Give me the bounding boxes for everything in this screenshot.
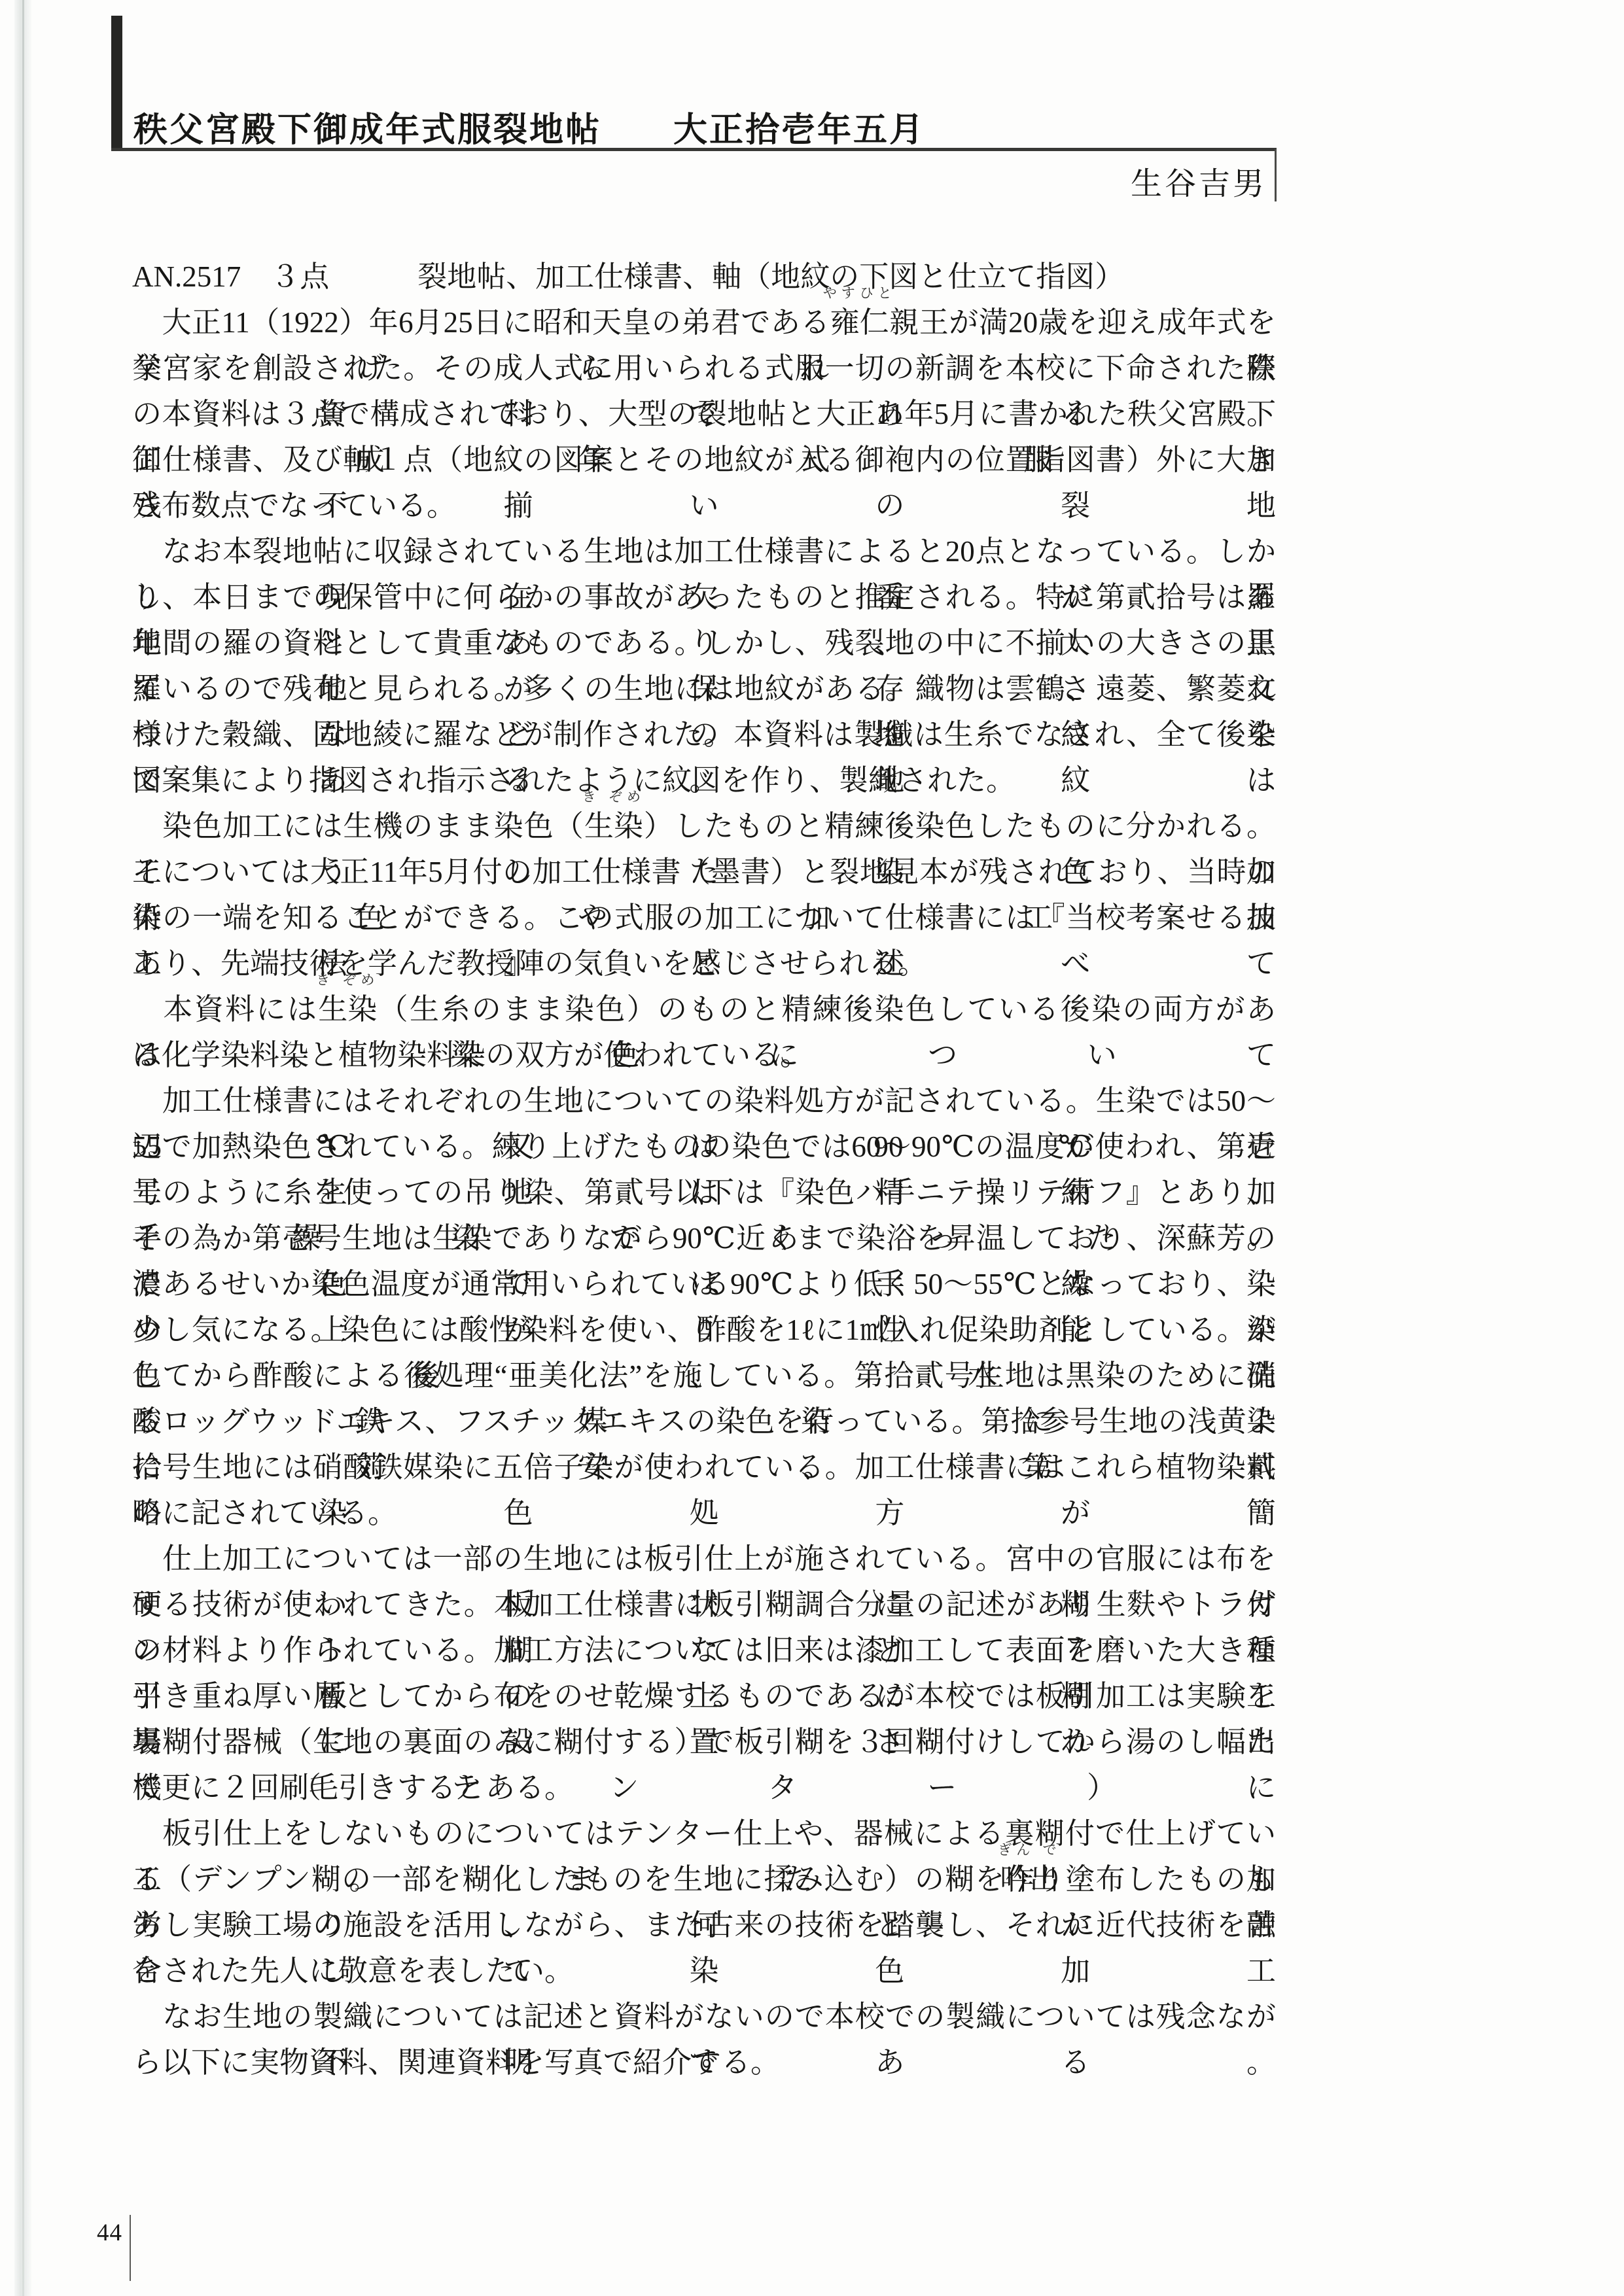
author-name: 生谷吉男 bbox=[1131, 158, 1267, 203]
ruby-base: 生染き ぞめ bbox=[318, 986, 377, 1032]
ruby-text: ぎん で bbox=[998, 1843, 1061, 1857]
text-line: つけた穀織、固地綾に羅などが制作された。本資料は製織は生糸でなされ、全て後染であ… bbox=[132, 712, 1276, 757]
text-line: してから酢酸による後処理“亜美化法”を施している。第拾貳号生地は黒染のために硝酸… bbox=[132, 1353, 1276, 1399]
text-line: 年間の羅の資料として貴重なものである。しかし、残裂地の中に不揃いの大きさの黒羅地… bbox=[132, 620, 1276, 666]
text-line: 引き重ね厚い層としてから布をのせ乾燥するものであるが本校では板引加工は実験工場に… bbox=[132, 1673, 1276, 1719]
text-line: であるせいか染色温度が通常用いられている90℃より低く50～55℃となっており、… bbox=[132, 1261, 1276, 1307]
ruby-base: 吟出ぎん で bbox=[1000, 1856, 1059, 1902]
body-lines: AN.2517 ３点 裂地帖、加工仕様書、軸（地紋の下図と仕立て指図） 大正11… bbox=[132, 254, 1276, 2085]
page-title: 秩父宮殿下御成年式服裂地帖 大正拾壱年五月 bbox=[133, 102, 925, 151]
text-line: 染色加工には生機のまま染色（生染き ぞめ）したものと精練後染色したものに分かれる… bbox=[132, 803, 1276, 849]
scan-fold-line bbox=[22, 0, 24, 2296]
text-line: なお本裂地帖に収録されている生地は加工仕様書によると20点となっている。しかし現… bbox=[132, 529, 1276, 574]
text-line: 本資料には生染き ぞめ（生糸のまま染色）のものと精練後染色している後染の両方があ… bbox=[132, 986, 1276, 1032]
ruby-text: やすひと bbox=[823, 287, 896, 300]
text-line: 工仕様書、及び軸１点（地紋の図案とその地紋が入る御袍内の位置指図書）外に大きさ不… bbox=[132, 437, 1276, 483]
text-line: 辺で加熱染色されている。練り上げたものの染色では60～90℃の温度が使われ、第壱… bbox=[132, 1124, 1276, 1170]
author-side-rule bbox=[1275, 149, 1277, 201]
text-line: 大正11（1922）年6月25日に昭和天皇の弟君である雍仁やすひと親王が満20歳… bbox=[132, 300, 1276, 345]
page-number: 44 bbox=[97, 2219, 122, 2247]
page-number-rule bbox=[130, 2215, 131, 2281]
ruby-text: き ぞめ bbox=[582, 790, 645, 804]
text-line: 仕上加工については一部の生地には板引仕上が施されている。宮中の官服には布を硬い板… bbox=[132, 1536, 1276, 1582]
text-line: 労し実験工場の施設を活用しながら、また古来の技術を踏襲し、それに近代技術を融合し… bbox=[132, 1902, 1276, 1948]
text-line: るロッグウッドエキス、フスチックエキスの染色を行っている。第拾参号生地の浅黄染に… bbox=[132, 1399, 1276, 1444]
text-line: 裏糊付器械（生地の裏面のみに糊付する）で板引糊を３回糊付けしてから湯のし幅出機（… bbox=[132, 1719, 1276, 1765]
text-line: 加工仕様書にはそれぞれの生地についての染料処方が記されている。生染では50～55… bbox=[132, 1078, 1276, 1124]
ruby-base: 生染き ぞめ bbox=[584, 803, 643, 849]
text-line: 工については大正11年5月付の加工仕様書（墨書）と裂地見本が残されており、当時の… bbox=[132, 849, 1276, 895]
text-line: 拾号生地には硝酸鉄媒染に五倍子染が使われている。加工仕様書にはこれら植物染料の染… bbox=[132, 1444, 1276, 1490]
text-line: その為か第壱号生地は生染でありながら90℃近くまで染浴を昇温しており、深蘇芳の濃… bbox=[132, 1215, 1276, 1261]
text-line: AN.2517 ３点 裂地帖、加工仕様書、軸（地紋の下図と仕立て指図） bbox=[132, 254, 1276, 300]
title-accent-bar bbox=[111, 16, 122, 150]
text-line: 板引仕上をしないものについてはテンター仕上や、器械による裏糊付で仕上げている。ま… bbox=[132, 1811, 1276, 1856]
text-line: り、本日までの保管中に何らかの事故があったものと推定される。特に第貳拾号は羅地と… bbox=[132, 574, 1276, 620]
text-line: 術の一端を知ることができる。この式服の加工について仕様書には『当校考案せる加工法… bbox=[132, 895, 1276, 941]
text-line: 工のように糸を使っての吊り染、第貳号以下は『染色ハ手ニテ操リテ行フ』とあり、手繰… bbox=[132, 1170, 1276, 1215]
ruby-text: き ぞめ bbox=[316, 973, 379, 987]
text-line: 本資料は３点で構成されており、大型の裂地帖と大正11年5月に書かれた秩父宮殿下御… bbox=[132, 391, 1276, 437]
text-line: する技術が使われてきた。本加工仕様書に板引糊調合分量の記述があり生麩やトラガント… bbox=[132, 1582, 1276, 1627]
text-line: 父宮家を創設された。その成人式に用いられる式服一切の新調を本校に下命された際の資… bbox=[132, 345, 1276, 391]
text-line: なお生地の製織については記述と資料がないので本校での製織については残念ながら不明… bbox=[132, 1994, 1276, 2040]
ruby-base: 雍仁やすひと bbox=[830, 300, 889, 345]
text-line: 工（デンプン糊の一部を糊化したものを生地に揉み込む）の糊を作り塗布したものもあり… bbox=[132, 1856, 1276, 1902]
document-page: 秩父宮殿下御成年式服裂地帖 大正拾壱年五月 生谷吉男 AN.2517 ３点 裂地… bbox=[0, 0, 1624, 2296]
text-line: 少し気になる。染色には酸性染料を使い、酢酸を1ℓに1㎖入れ促染助剤としている。染… bbox=[132, 1307, 1276, 1353]
text-line: の材料より作られている。加工方法については旧来は漆加工して表面を磨いた大きな平板… bbox=[132, 1627, 1276, 1673]
text-line: ているので残布と見られる。多くの生地には地紋がある。織物は雲鶴、遠菱、繁菱文様な… bbox=[132, 666, 1276, 712]
